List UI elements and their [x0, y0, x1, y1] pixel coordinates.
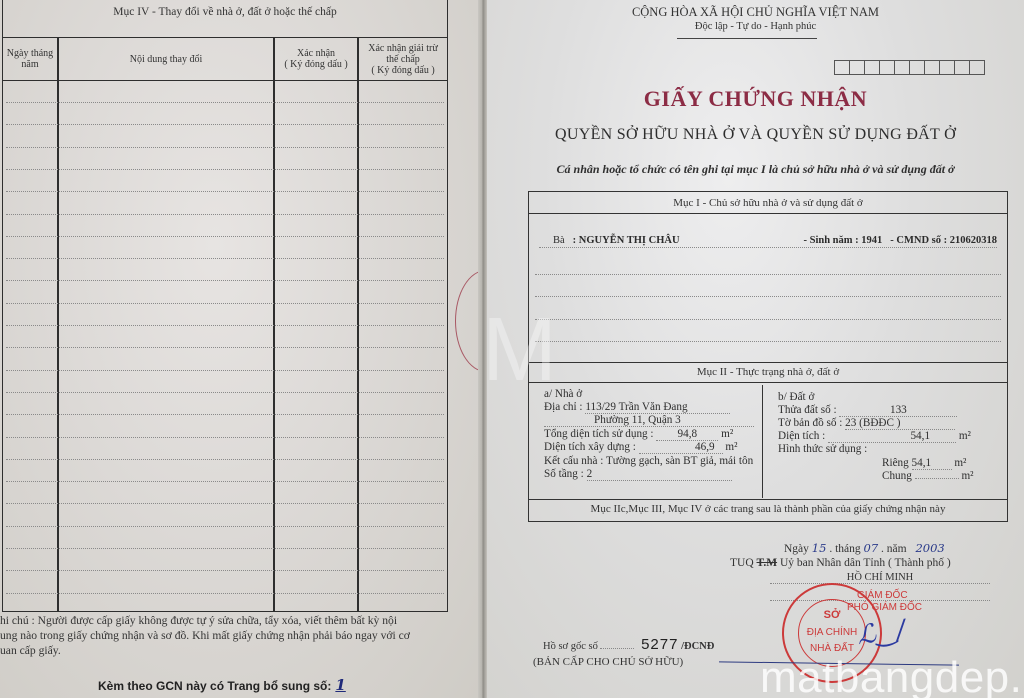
- owner-birth-year: - Sinh năm : 1941: [803, 235, 882, 246]
- serial-box: [835, 61, 850, 74]
- table-row: [6, 258, 444, 259]
- note-line: uan cấp giấy.: [0, 643, 470, 658]
- unit: m²: [954, 457, 966, 469]
- serial-box: [850, 61, 865, 74]
- table-row: [6, 503, 444, 504]
- owner-salutation: Bà: [553, 235, 565, 246]
- unit: m²: [721, 428, 733, 440]
- table-row: [6, 370, 444, 371]
- issue-year: 2003: [915, 541, 944, 555]
- issuing-authority: TUQ T.M Uỷ ban Nhân dân Tỉnh ( Thành phố…: [730, 557, 951, 569]
- watermark-text: matbangdep.com: [760, 656, 1024, 698]
- private-row: Riêng 54,1 m²: [882, 457, 966, 470]
- usage-label: Hình thức sử dụng :: [778, 443, 867, 455]
- table-row: [6, 325, 444, 326]
- land-details: b/ Đất ở Thửa đất số : 133 Tờ bản đồ số …: [762, 385, 1007, 498]
- file-suffix: /ĐCNĐ: [681, 641, 714, 652]
- col-header-date: Ngày tháng năm: [3, 38, 57, 80]
- muc-i-owner-section: Mục I - Chủ sở hữu nhà ở và sử dụng đất …: [528, 191, 1008, 363]
- owner-name: : NGUYỄN THỊ CHÂU: [573, 235, 680, 246]
- private-area-value: 54,1: [912, 457, 952, 470]
- table-row: [6, 414, 444, 415]
- table-row: [6, 392, 444, 393]
- changes-table: Ngày tháng năm Nội dung thay đổi Xác nhậ…: [3, 37, 447, 612]
- house-address-line2: Phường 11, Quận 3: [544, 414, 754, 427]
- table-row: [6, 481, 444, 482]
- left-page-muc-iv: Mục IV - Thay đổi về nhà ở, đất ở hoặc t…: [0, 0, 478, 698]
- table-row: [6, 548, 444, 549]
- serial-box: [895, 61, 910, 74]
- watermark-logo: M: [482, 305, 557, 395]
- motto-underline: [677, 38, 817, 39]
- seam-stamp-icon: ĐĂNG KÝ ĐẤT CHI NHÁNH VĂN PHÒNG: [455, 270, 478, 372]
- blank-line: [535, 296, 1001, 297]
- changes-table-header: Ngày tháng năm Nội dung thay đổi Xác nhậ…: [3, 38, 447, 81]
- house-address-row: Địa chỉ : 113/29 Trần Văn Đang: [544, 401, 730, 414]
- serial-box: [970, 61, 984, 74]
- serial-box: [955, 61, 970, 74]
- muc-i-title: Mục I - Chủ sở hữu nhà ở và sử dụng đất …: [529, 192, 1007, 214]
- issue-date: Ngày 15 . tháng 07 . năm 2003: [784, 541, 945, 555]
- table-row: [6, 347, 444, 348]
- file-number: 5277: [641, 636, 678, 653]
- shared-area-value: [915, 478, 959, 479]
- total-area-row: Tổng diện tích sử dụng : 94,8 m²: [544, 428, 733, 441]
- owner-id-number: - CMND số : 210620318: [890, 235, 997, 246]
- shared-row: Chung m²: [882, 470, 974, 482]
- serial-box: [925, 61, 940, 74]
- land-area-row: Diện tích : 54,1 m²: [778, 430, 971, 443]
- unit: m²: [961, 470, 973, 482]
- built-area-row: Diện tích xây dựng : 46,9 m²: [544, 441, 737, 454]
- table-row: [6, 147, 444, 148]
- issue-month: 07: [864, 541, 879, 555]
- national-motto: Độc lập - Tự do - Hạnh phúc: [487, 21, 1024, 32]
- table-row: [6, 169, 444, 170]
- serial-number-boxes: [834, 60, 985, 75]
- note-line: ung nào trong giấy chứng nhận và sơ đồ. …: [0, 628, 470, 643]
- table-row: [6, 214, 444, 215]
- serial-box: [940, 61, 955, 74]
- map-value: 23 (BĐĐC ): [845, 417, 955, 430]
- right-page-certificate: CỘNG HÒA XÃ HỘI CHỦ NGHĨA VIỆT NAM Độc l…: [487, 0, 1024, 698]
- table-row: [6, 280, 444, 281]
- built-area-value: 46,9: [639, 441, 723, 454]
- floors-value: 2: [587, 468, 732, 481]
- muc-iic-note: Mục IIc,Mục III, Mục IV ở các trang sau …: [528, 500, 1008, 522]
- table-row: [6, 593, 444, 594]
- table-row: [6, 102, 444, 103]
- blank-line: [535, 319, 1001, 320]
- table-row: [6, 437, 444, 438]
- certificate-description: Cá nhân hoặc tổ chức có tên ghi tại mục …: [487, 162, 1024, 177]
- certificate-title: GIẤY CHỨNG NHẬN: [487, 86, 1024, 112]
- unit: m²: [725, 441, 737, 453]
- floors-row: Số tầng : 2: [544, 468, 732, 481]
- plot-row: Thửa đất số : 133: [778, 404, 957, 417]
- copy-note: (BẢN CẤP CHO CHỦ SỞ HỮU): [533, 656, 683, 668]
- house-address-row2: Phường 11, Quận 3: [544, 414, 754, 427]
- certificate-subtitle: QUYỀN SỞ HỮU NHÀ Ở VÀ QUYỀN SỬ DỤNG ĐẤT …: [487, 126, 1024, 144]
- serial-box: [910, 61, 925, 74]
- muc-iv-frame: Mục IV - Thay đổi về nhà ở, đất ở hoặc t…: [2, 0, 448, 612]
- blank-line: [535, 274, 1001, 275]
- attachment-label: Kèm theo GCN này có Trang bổ sung số:: [98, 679, 331, 693]
- col-header-release: Xác nhận giải trừ thế chấp ( Ký đóng dấu…: [359, 38, 447, 80]
- structure-row: Kết cấu nhà : Tường gạch, sàn BT giả, má…: [544, 455, 753, 467]
- unit: m²: [959, 430, 971, 442]
- table-row: [6, 459, 444, 460]
- issue-day: 15: [812, 541, 827, 555]
- muc-ii-property-section: Mục II - Thực trạng nhà ở, đất ở a/ Nhà …: [528, 363, 1008, 500]
- attachment-note: Kèm theo GCN này có Trang bổ sung số:1: [98, 676, 346, 694]
- blank-line: [535, 341, 1001, 342]
- attachment-value: 1: [335, 676, 345, 694]
- map-row: Tờ bản đồ số : 23 (BĐĐC ): [778, 417, 955, 430]
- house-details: a/ Nhà ở Địa chỉ : 113/29 Trần Văn Đang …: [529, 385, 763, 498]
- owner-line: Bà : NGUYỄN THỊ CHÂU - Sinh năm : 1941 -…: [539, 235, 997, 248]
- structure-value: Tường gạch, sàn BT giả, mái tôn: [606, 455, 753, 467]
- authority-city: HỒ CHÍ MINH: [770, 572, 990, 584]
- serial-box: [865, 61, 880, 74]
- table-row: [6, 570, 444, 571]
- country-name: CỘNG HÒA XÃ HỘI CHỦ NGHĨA VIỆT NAM: [487, 5, 1024, 20]
- col-header-confirm: Xác nhận ( Ký đóng dấu ): [275, 38, 357, 80]
- table-row: [6, 526, 444, 527]
- table-row: [6, 191, 444, 192]
- house-address-line1: 113/29 Trần Văn Đang: [585, 401, 730, 414]
- total-area-value: 94,8: [656, 428, 718, 441]
- land-heading: b/ Đất ở: [778, 391, 814, 403]
- note-line: hi chú : Người được cấp giấy không được …: [0, 613, 470, 628]
- table-row: [6, 124, 444, 125]
- serial-box: [880, 61, 895, 74]
- signature-icon: ℒ‿∕: [855, 615, 907, 651]
- muc-iv-title: Mục IV - Thay đổi về nhà ở, đất ở hoặc t…: [3, 6, 447, 18]
- note-block: hi chú : Người được cấp giấy không được …: [0, 613, 470, 658]
- muc-ii-title: Mục II - Thực trạng nhà ở, đất ở: [529, 363, 1007, 383]
- land-area-value: 54,1: [828, 430, 956, 443]
- table-row: [6, 236, 444, 237]
- table-row: [6, 303, 444, 304]
- col-header-content: Nội dung thay đổi: [59, 38, 273, 80]
- file-number-row: Hồ sơ gốc số 5277 /ĐCNĐ: [543, 636, 714, 653]
- plot-value: 133: [839, 404, 957, 417]
